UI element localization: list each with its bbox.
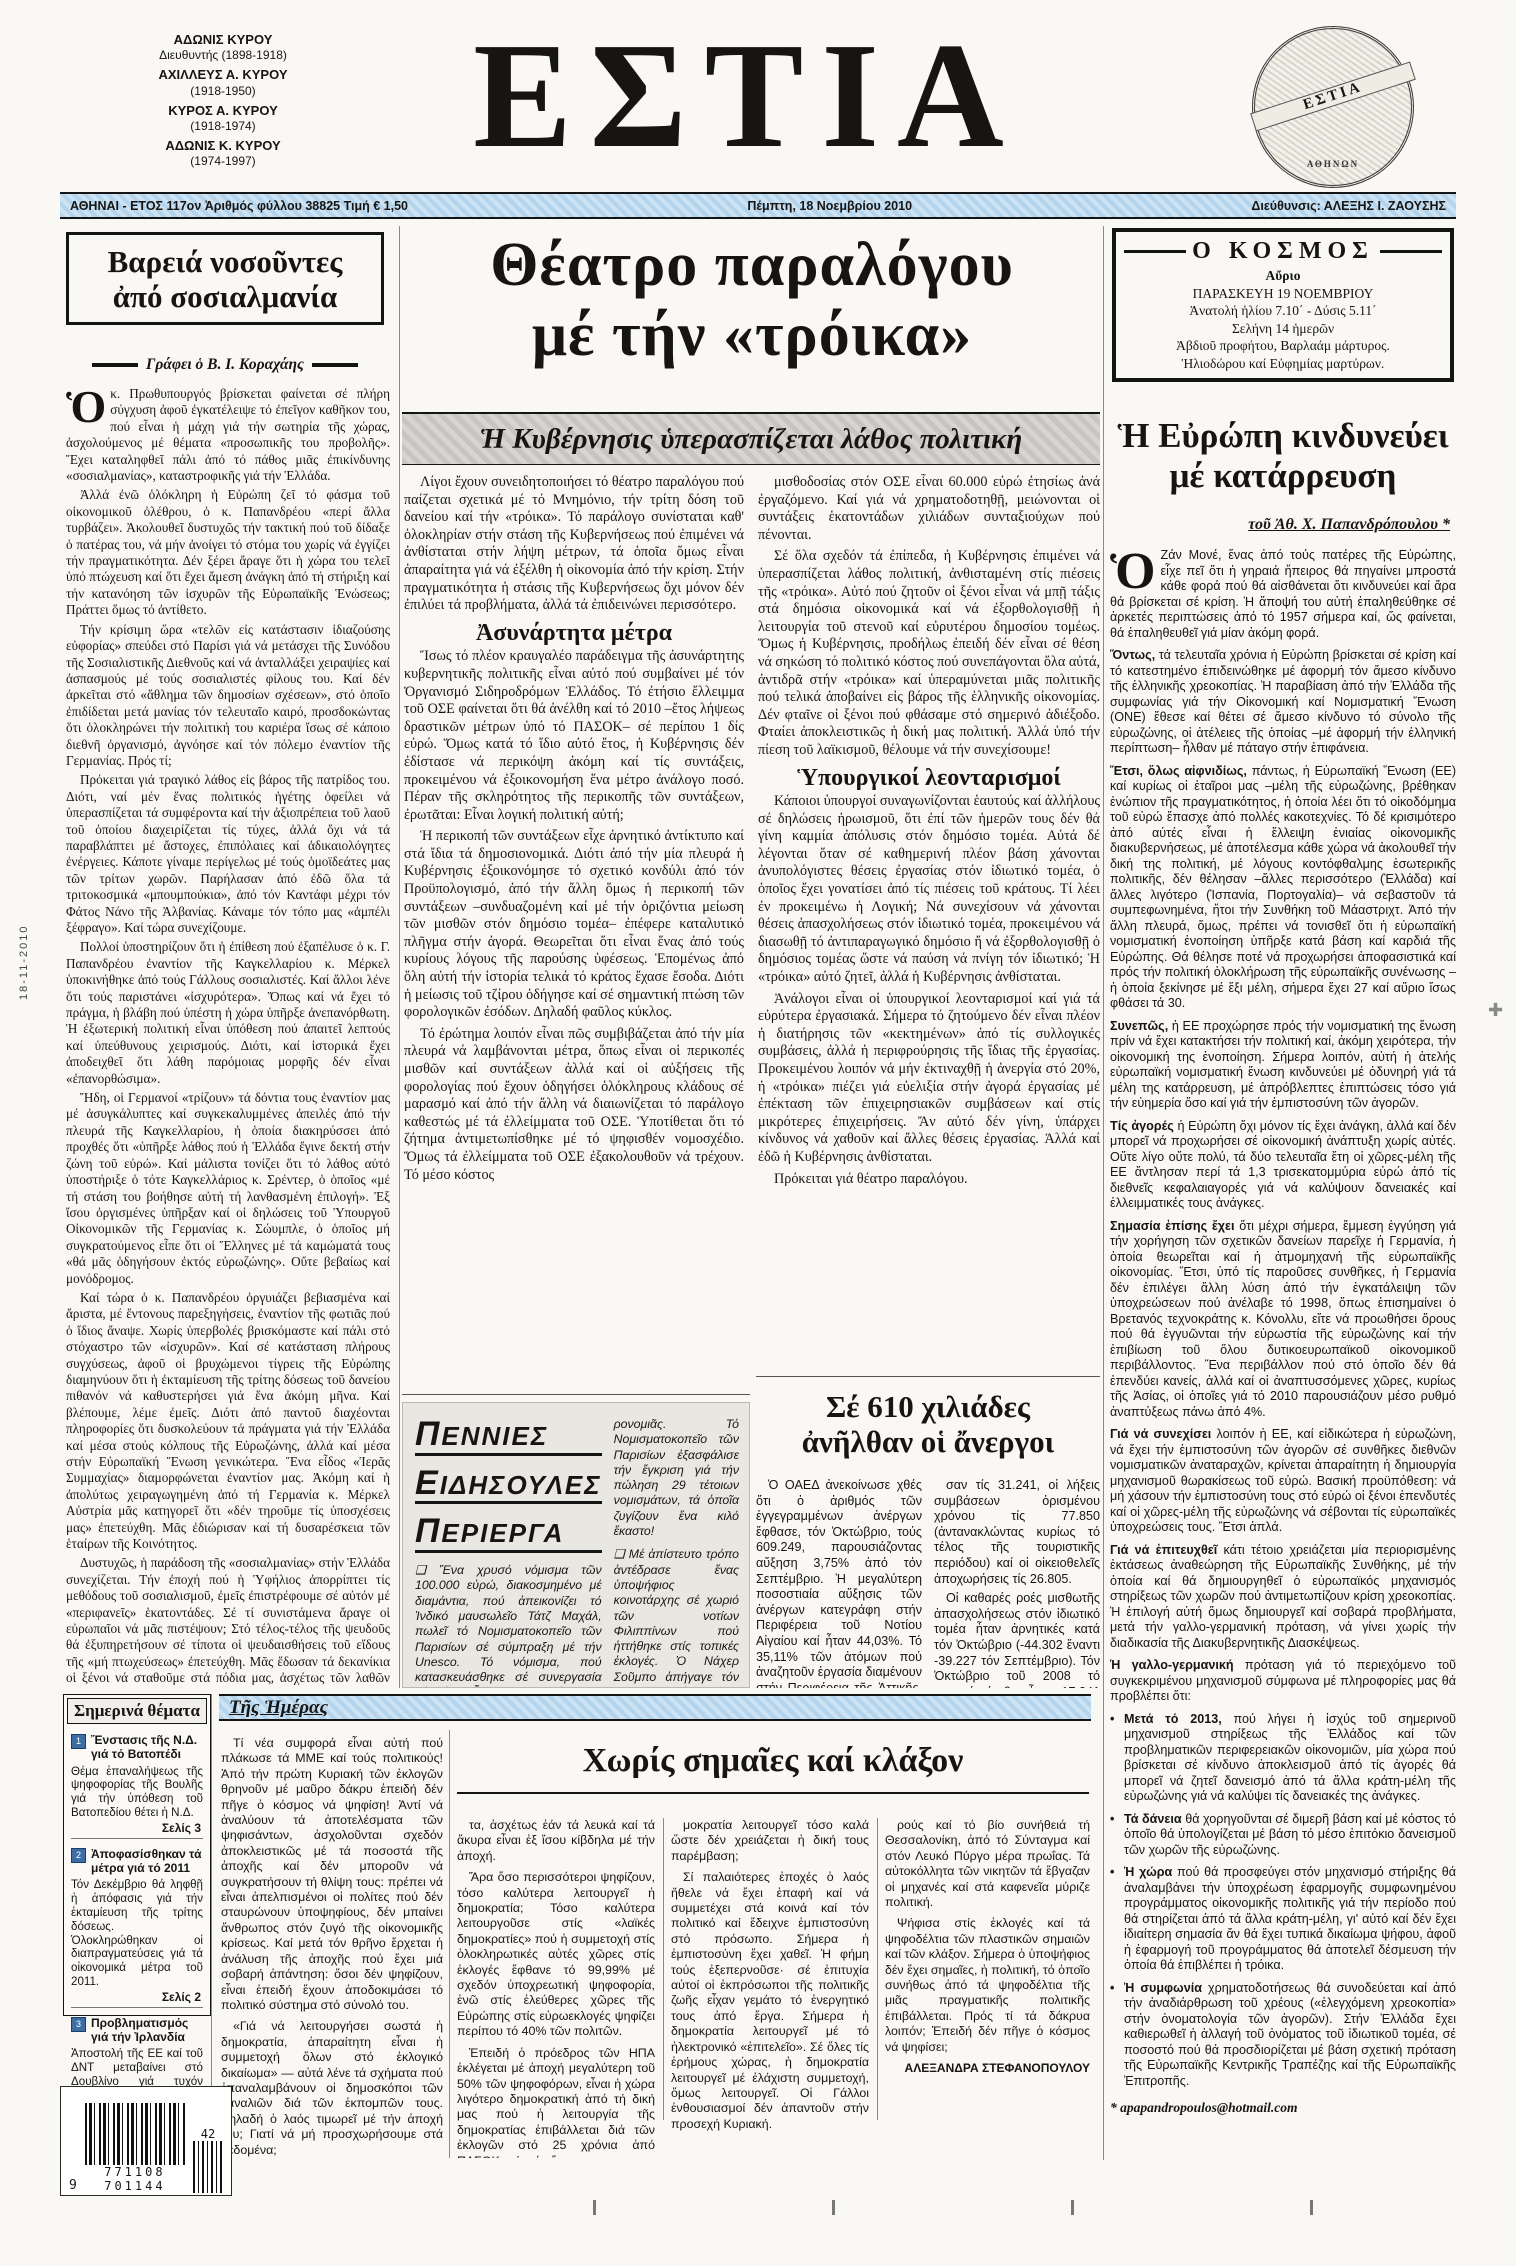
feature-paragraph: μοκρατία λειτουργεῖ τόσο καλά ὥστε δέν χ… xyxy=(671,1818,869,1864)
topic-number-badge: 3 xyxy=(71,2017,86,2032)
main-paragraph: Ἡ περικοπή τῶν συντάξεων εἶχε ἀρνητικό ἀ… xyxy=(404,828,744,1022)
europe-bullet-lead: Τά δάνεια xyxy=(1124,1812,1182,1826)
divider xyxy=(1103,226,1104,2160)
europe-lead-word: Ἡ γαλλο-γερμανική xyxy=(1110,1658,1234,1672)
newspaper-logo: ΕΣΤΙΑ xyxy=(385,21,1110,172)
main-paragraph: Σέ ὅλα σχεδόν τά ἐπίπεδα, ἡ Κυβέρνησις ἐ… xyxy=(758,548,1100,759)
topic-text: Θέμα ἐπαναλήψεως τῆς ψηφοφορίας τῆς Βουλ… xyxy=(71,1765,203,1820)
europe-bullet: πού θά προσφεύγει στόν μηχανισμό στήριξη… xyxy=(1124,1865,1456,1972)
europe-paragraph: ὅτι μέχρι σήμερα, ἔμμεση ἐγγύηση γιά τήν… xyxy=(1110,1219,1456,1419)
divider xyxy=(399,226,400,1688)
topic-text: Τόν Δεκέμβριο θά ληφθῇ ἡ ἀπόφασις γιά τή… xyxy=(71,1878,203,1988)
europe-author-email: * apapandropoulos@hotmail.com xyxy=(1110,2100,1456,2116)
dateline-right: Διεύθυνσις: ΑΛΕΞΗΣ Ι. ΖΑΟΥΣΗΣ xyxy=(1251,199,1446,213)
unemployment-col1: Ὁ ΟΑΕΔ ἀνεκοίνωσε χθές ὅτι ὁ ἀριθμός τῶν… xyxy=(756,1478,922,1688)
topics-box: Σημερινά θέματα 1 Ἔνστασις τῆς Ν.Δ. γιά … xyxy=(63,1694,211,2016)
unemployment-col2: σαν τίς 31.241, οἱ λήξεις συμβάσεων ὁρισ… xyxy=(934,1478,1100,1688)
kosmos-line: Ἡλιοδώρου καί Εὐφημίας μαρτύρων. xyxy=(1124,355,1442,373)
europe-bullet-lead: Μετά τό 2013, xyxy=(1124,1712,1222,1726)
main-paragraph: Τό ἐρώτημα λοιπόν εἶναι πῶς συμβιβάζεται… xyxy=(404,1026,744,1184)
pennies-box: ΠΕΝΝΙΕΣ ΕΙΔΗΣΟΥΛΕΣ ΠΕΡΙΕΡΓΑ ❑ Ἕνα χρυσό … xyxy=(402,1402,750,1688)
rule xyxy=(402,1394,750,1395)
topic-number-badge: 2 xyxy=(71,1848,86,1863)
fold-mark xyxy=(1071,2200,1074,2215)
feature-col2: μοκρατία λειτουργεῖ τόσο καλά ὥστε δέν χ… xyxy=(671,1818,869,2158)
europe-bullet-lead: Ἡ συμφωνία xyxy=(1124,1981,1202,1995)
unemployment-paragraph: σαν τίς 31.241, οἱ λήξεις συμβάσεων ὁρισ… xyxy=(934,1478,1100,1587)
rule xyxy=(1124,250,1186,253)
main-subhead-bar: Ἡ Κυβέρνησις ὑπερασπίζεται λάθος πολιτικ… xyxy=(402,412,1100,465)
editorial-paragraph: Ἀλλά ἐνῶ ὁλόκληρη ἡ Εὐρώπη ζεῖ τό φάσμα … xyxy=(66,487,390,618)
kosmos-box: Ο ΚΟΣΜΟΣ Αὔριο ΠΑΡΑΣΚΕΥΗ 19 ΝΟΕΜΒΡΙΟΥ Ἀν… xyxy=(1112,228,1454,382)
unemployment-headline: Σέ 610 χιλιάδες ἀνῆλθαν οἱ ἄνεργοι xyxy=(756,1390,1100,1459)
europe-lead-word: Τίς ἀγορές xyxy=(1110,1119,1174,1133)
unemployment-headline-line1: Σέ 610 χιλιάδες xyxy=(756,1390,1100,1425)
imeras-paragraph: «Γιά νά λειτουργήσει σωστά ἡ δημοκρατία,… xyxy=(221,2019,443,2158)
main-paragraph: Ἴσως τό πλέον κραυγαλέο παράδειγμα τῆς ἀ… xyxy=(404,648,744,824)
pennies-item: ❑ Ἕνα χρυσό νόμισμα τῶν 100.000 εὐρώ, δι… xyxy=(415,1563,602,1688)
feature-paragraph: τα, ἀσχέτως ἐάν τά λευκά καί τά ἄκυρα εἶ… xyxy=(457,1818,655,1864)
kosmos-line: Ἀνατολή ἡλίου 7.10΄ - Δύσις 5.11΄ xyxy=(1124,302,1442,320)
dateline-center: Πέμπτη, 18 Νοεμβρίου 2010 xyxy=(747,199,912,213)
europe-headline: Ἡ Εὐρώπη κινδυνεύει μέ κατάρρευση xyxy=(1110,416,1456,497)
pennies-item: ρονομιᾶς. Τό Νομισματοκοπεῖο τῶν Παρισίω… xyxy=(614,1417,739,1539)
editorial-paragraph: Δυστυχῶς, ἡ παράδοση τῆς «σοσιαλμανίας» … xyxy=(66,1555,390,1686)
divider xyxy=(449,1730,450,2158)
main-section2-heading: Ὑπουργικοί λεονταρισμοί xyxy=(758,770,1100,788)
feature-signature: ΑΛΕΞΑΝΔΡΑ ΣΤΕΦΑΝΟΠΟΥΛΟΥ xyxy=(885,2061,1090,2076)
imeras-paragraph: Τί νέα συμφορά εἶναι αὐτή πού πλάκωσε τά… xyxy=(221,1736,443,2013)
pennies-title1: ΠΕΝΝΙΕΣ xyxy=(415,1417,602,1456)
main-article-col2: μισθοδοσίας στόν ΟΣΕ εἶναι 60.000 εὐρώ ἐ… xyxy=(758,474,1100,1372)
europe-paragraph: πάντως, ἡ Εὐρωπαϊκή Ἕνωση (ΕΕ) καί κυρίω… xyxy=(1110,764,1456,1011)
kosmos-line: Αὔριο xyxy=(1124,267,1442,285)
feature-paragraph: Ἐπειδή ὁ πρόεδρος τῶν ΗΠΑ ἐκλέγεται μέ ἀ… xyxy=(457,2046,655,2158)
europe-lead-word: Συνεπῶς, xyxy=(1110,1019,1168,1033)
unemployment-headline-line2: ἀνῆλθαν οἱ ἄνεργοι xyxy=(756,1425,1100,1460)
europe-headline-line2: μέ κατάρρευση xyxy=(1110,456,1456,496)
main-headline-line2: μέ τήν «τρόικα» xyxy=(405,300,1099,370)
stamp-bottom-label: ΑΘΗΝΩΝ xyxy=(1255,159,1411,169)
main-lead: Λίγοι ἔχουν συνειδητοποιήσει τό θέατρο π… xyxy=(404,474,744,615)
feature-headline: Χωρίς σημαῖες καί κλάξον xyxy=(457,1742,1089,1794)
publisher-stamp-icon: ΕΣΤΙΑ ΑΘΗΝΩΝ xyxy=(1252,26,1414,188)
stamp-band-label: ΕΣΤΙΑ xyxy=(1250,62,1416,132)
barcode-left-digit: 9 xyxy=(69,2178,77,2193)
editorial-paragraph: κ. Πρωθυπουργός βρίσκεται φαίνεται σέ πλ… xyxy=(66,386,390,483)
feature-paragraph: Ἄρα ὅσο περισσότεροι ψηφίζουν, τόσο καλύ… xyxy=(457,1870,655,2039)
main-paragraph: μισθοδοσίας στόν ΟΣΕ εἶναι 60.000 εὐρώ ἐ… xyxy=(758,474,1100,544)
europe-paragraph: τά τελευταῖα χρόνια ἡ Εὐρώπη βρίσκεται σ… xyxy=(1110,648,1456,755)
editorial-paragraph: Τήν κρίσιμη ὥρα «τελῶν εἰς κατάστασιν ἰδ… xyxy=(66,622,390,770)
fold-mark xyxy=(593,2200,596,2215)
europe-dropcap: Ὁ xyxy=(1110,548,1161,593)
imeras-col1: Τί νέα συμφορά εἶναι αὐτή πού πλάκωσε τά… xyxy=(221,1736,443,2160)
founder-detail: (1918-1950) xyxy=(63,84,383,99)
topic-title: Ἔνστασις τῆς Ν.Δ. γιά τό Βατοπέδι xyxy=(91,1734,203,1762)
founder-name: ΑΔΩΝΙΣ Κ. ΚΥΡΟΥ xyxy=(63,138,383,154)
registration-mark-icon: ✚ xyxy=(1488,1000,1503,1021)
founder-detail: (1974-1997) xyxy=(63,154,383,169)
kosmos-line: Σελήνη 14 ἡμερῶν xyxy=(1124,320,1442,338)
editorial-title-line1: Βαρειά νοσοῦντες xyxy=(73,245,377,280)
fold-mark xyxy=(1310,2200,1313,2215)
founder-detail: Διευθυντής (1898-1918) xyxy=(63,48,383,63)
pennies-title2: ΕΙΔΗΣΟΥΛΕΣ xyxy=(415,1466,602,1505)
unemployment-paragraph: Οἱ καθαρές ροές μισθωτῆς ἀπασχολήσεως στ… xyxy=(934,1591,1100,1688)
divider xyxy=(877,1818,878,2120)
divider xyxy=(663,1818,664,2120)
main-subhead: Ἡ Κυβέρνησις ὑπερασπίζεται λάθος πολιτικ… xyxy=(480,423,1023,456)
founder-name: ΑΧΙΛΛΕΥΣ Α. ΚΥΡΟΥ xyxy=(63,67,383,83)
main-headline: Θέατρο παραλόγου μέ τήν «τρόικα» xyxy=(405,230,1099,370)
editorial-paragraph: Πολλοί ὑποστηρίζουν ὅτι ἡ ἐπίθεση πού ἐξ… xyxy=(66,939,390,1087)
feature-paragraph: Σί παλαιότερες ἐποχές ὁ λαός ἤθελε νά ἔχ… xyxy=(671,1870,869,2132)
editorial-paragraph: Καί τώρα ὁ κ. Παπανδρέου ὀργυιάζει βεβια… xyxy=(66,1290,390,1553)
europe-lead-word: Ἔτσι, ὅλως αἰφνιδίως, xyxy=(1110,764,1247,778)
dateline-left: ΑΘΗΝΑΙ - ΕΤΟΣ 117ον Ἀριθμός φύλλου 38825… xyxy=(70,199,408,213)
europe-lead-word: Γιά νά ἐπιτευχθεῖ xyxy=(1110,1543,1217,1557)
pennies-item: ❑ Μέ ἀπίστευτο τρόπο ἀντέδρασε ἕνας ὑποψ… xyxy=(614,1547,739,1688)
editorial-byline-row: Γράφει ὁ Β. Ι. Κοραχάης xyxy=(66,356,384,374)
founder-name: ΚΥΡΟΣ Α. ΚΥΡΟΥ xyxy=(63,103,383,119)
topics-header: Σημερινά θέματα xyxy=(67,1698,207,1724)
feature-col1: τα, ἀσχέτως ἐάν τά λευκά καί τά ἄκυρα εἶ… xyxy=(457,1818,655,2158)
editorial-paragraph: Πρόκειται γιά τραγικό λάθος εἰς βάρος τῆ… xyxy=(66,772,390,936)
rule xyxy=(92,363,138,367)
founder-detail: (1918-1974) xyxy=(63,119,383,134)
topic-title: Ἀποφασίσθηκαν τά μέτρα γιά τό 2011 xyxy=(91,1848,203,1876)
editorial-paragraph: Ἤδη, οἱ Γερμανοί «τρίζουν» τά δόντια του… xyxy=(66,1090,390,1287)
imeras-label: Τῆς Ἡμέρας xyxy=(229,1697,328,1719)
main-paragraph: Ἀνάλογοι εἶναι οἱ ὑπουργικοί λεονταρισμο… xyxy=(758,991,1100,1167)
barcode-digits: 771108 701144 xyxy=(85,2165,185,2193)
founders-list: ΑΔΩΝΙΣ ΚΥΡΟΥ Διευθυντής (1898-1918) ΑΧΙΛ… xyxy=(63,32,383,169)
europe-byline: τοῦ Ἀθ. Χ. Παπανδρόπουλου * xyxy=(1110,516,1450,534)
europe-lead-word: Ὄντως, xyxy=(1110,648,1155,662)
editorial-dropcap: Ὁ xyxy=(66,386,110,426)
kosmos-title: Ο ΚΟΣΜΟΣ xyxy=(1192,238,1374,265)
kosmos-line: Ἀβδιοῦ προφήτου, Βαρλαάμ μάρτυρος. xyxy=(1124,337,1442,355)
feature-paragraph: ρούς καί τό βίο συνήθειά τή Θεσσαλονίκη,… xyxy=(885,1818,1090,1910)
main-closing: Πρόκειται γιά θέατρο παραλόγου. xyxy=(758,1171,1100,1189)
topic-number-badge: 1 xyxy=(71,1734,86,1749)
editorial-byline: Γράφει ὁ Β. Ι. Κοραχάης xyxy=(146,356,304,374)
imeras-bar: Τῆς Ἡμέρας xyxy=(219,1694,1091,1721)
europe-bullet: χρηματοδοτήσεως θά συνοδεύεται καί ἀπό τ… xyxy=(1124,1981,1456,2088)
europe-body: ὉΖάν Μονέ, ἕνας ἀπό τούς πατέρες τῆς Εὐρ… xyxy=(1110,548,1456,2090)
europe-paragraph: Ζάν Μονέ, ἕνας ἀπό τούς πατέρες τῆς Εὐρώ… xyxy=(1110,548,1456,640)
rule xyxy=(756,1376,1100,1377)
topic-page-ref: Σελίς 3 xyxy=(71,1820,203,1839)
main-paragraph: Κάποιοι ὑπουργοί συναγωνίζονται ἑαυτούς … xyxy=(758,793,1100,987)
edge-print-date: 18-11-2010 xyxy=(18,925,30,1000)
topic-title: Προβληματισμός γιά τήν Ἰρλανδία xyxy=(91,2017,203,2045)
fold-mark xyxy=(832,2200,835,2215)
main-article-col1: Λίγοι ἔχουν συνειδητοποιήσει τό θέατρο π… xyxy=(404,474,744,1390)
pennies-title3: ΠΕΡΙΕΡΓΑ xyxy=(415,1514,602,1553)
topic-page-ref: Σελίς 2 xyxy=(71,1989,203,2008)
europe-bullet-lead: Ἡ χώρα xyxy=(1124,1865,1172,1879)
main-headline-line1: Θέατρο παραλόγου xyxy=(405,230,1099,300)
europe-lead-word: Σημασία ἐπίσης ἔχει xyxy=(1110,1219,1235,1233)
barcode-addon-bars-icon xyxy=(193,2141,223,2193)
newspaper-front-page: ΑΔΩΝΙΣ ΚΥΡΟΥ Διευθυντής (1898-1918) ΑΧΙΛ… xyxy=(0,0,1516,2266)
unemployment-paragraph: Ὁ ΟΑΕΔ ἀνεκοίνωσε χθές ὅτι ὁ ἀριθμός τῶν… xyxy=(756,1478,922,1688)
main-section1-heading: Ἀσυνάρτητα μέτρα xyxy=(404,625,744,643)
rule xyxy=(312,363,358,367)
founder-name: ΑΔΩΝΙΣ ΚΥΡΟΥ xyxy=(63,32,383,48)
kosmos-line: ΠΑΡΑΣΚΕΥΗ 19 ΝΟΕΜΒΡΙΟΥ xyxy=(1124,285,1442,303)
europe-headline-line1: Ἡ Εὐρώπη κινδυνεύει xyxy=(1110,416,1456,456)
feature-col3: ρούς καί τό βίο συνήθειά τή Θεσσαλονίκη,… xyxy=(885,1818,1090,2158)
editorial-title-box: Βαρειά νοσοῦντες ἀπό σοσιαλμανία xyxy=(66,232,384,325)
feature-paragraph: Ψήφισα στίς ἐκλογές καί τά ψηφοδέλτια τῶ… xyxy=(885,1916,1090,2055)
rule xyxy=(1380,250,1442,253)
editorial-title-line2: ἀπό σοσιαλμανία xyxy=(73,280,377,315)
barcode: 9 771108 701144 42 xyxy=(60,2086,232,2196)
editorial-body: Ὁκ. Πρωθυπουργός βρίσκεται φαίνεται σέ π… xyxy=(66,386,390,1686)
issue-number: 42 xyxy=(193,2127,223,2141)
europe-lead-word: Γιά νά συνεχίσει xyxy=(1110,1427,1211,1441)
europe-paragraph: κάτι τέτοιο χρειάζεται μία περιορισμένης… xyxy=(1110,1543,1456,1650)
barcode-bars-icon xyxy=(85,2103,185,2165)
dateline-bar: ΑΘΗΝΑΙ - ΕΤΟΣ 117ον Ἀριθμός φύλλου 38825… xyxy=(60,192,1456,219)
europe-paragraph: λοιπόν ἡ ΕΕ, καί εἰδικώτερα ἡ εὐρωζώνη, … xyxy=(1110,1427,1456,1534)
